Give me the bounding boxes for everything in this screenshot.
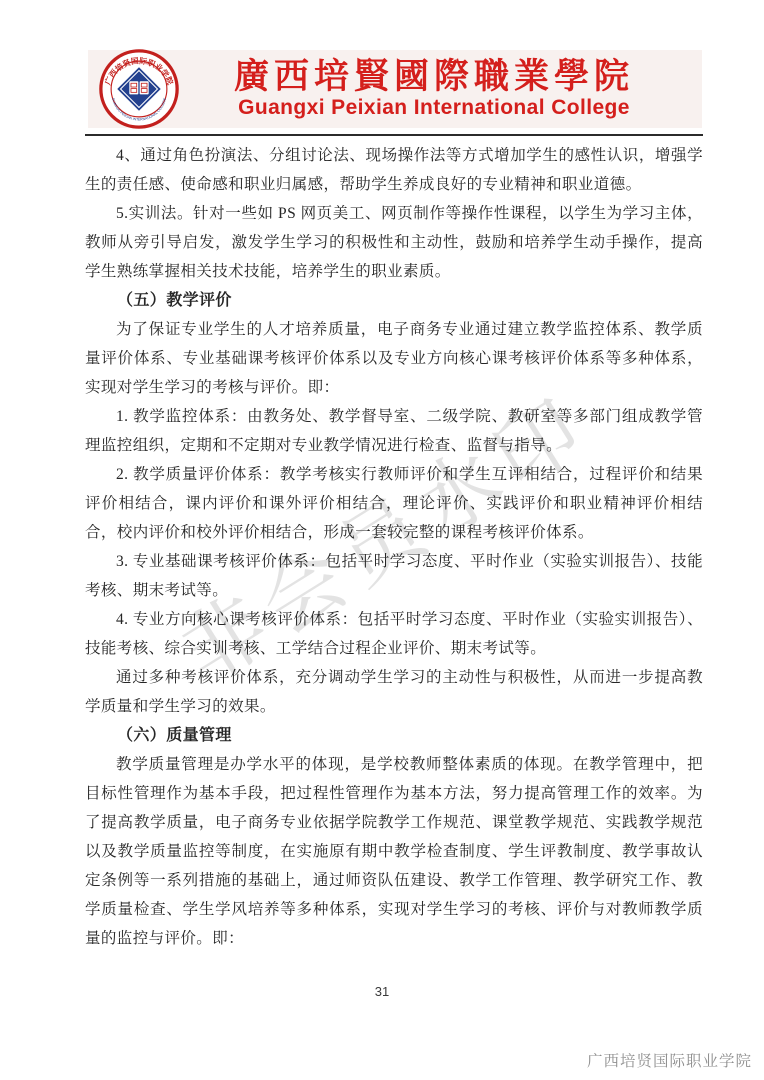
section-heading: （六）质量管理: [85, 721, 703, 750]
college-titles: 廣西培賢國際職業學院 Guangxi Peixian International…: [180, 59, 702, 120]
body-paragraph: 4、通过角色扮演法、分组讨论法、现场操作法等方式增加学生的感性认识，增强学生的责…: [85, 141, 703, 199]
body-paragraph: 4. 专业方向核心课考核评价体系：包括平时学习态度、平时作业（实验实训报告）、技…: [85, 605, 703, 663]
body-paragraph: 5.实训法。针对一些如 PS 网页美工、网页制作等操作性课程，以学生为学习主体，…: [85, 199, 703, 286]
document-page: 非会员水印 广西培贤国际职业学院 GUANGXI PEIXIAN INTERNA…: [0, 0, 764, 1080]
college-name-english: Guangxi Peixian International College: [180, 97, 688, 119]
footer-site-brand: 广西培贤国际职业学院: [587, 1049, 752, 1071]
body-paragraph: 为了保证专业学生的人才培养质量，电子商务专业通过建立教学监控体系、教学质量评价体…: [85, 315, 703, 402]
document-body: 4、通过角色扮演法、分组讨论法、现场操作法等方式增加学生的感性认识，增强学生的责…: [85, 141, 703, 953]
section-heading: （五）教学评价: [85, 286, 703, 315]
college-header: 广西培贤国际职业学院 GUANGXI PEIXIAN INTERNATIONAL…: [88, 50, 702, 128]
body-paragraph: 教学质量管理是办学水平的体现，是学校教师整体素质的体现。在教学管理中，把目标性管…: [85, 750, 703, 953]
page-number: 31: [0, 984, 764, 999]
college-seal-icon: 广西培贤国际职业学院 GUANGXI PEIXIAN INTERNATIONAL…: [98, 48, 180, 130]
body-paragraph: 2. 教学质量评价体系：教学考核实行教师评价和学生互评相结合，过程评价和结果评价…: [85, 460, 703, 547]
body-paragraph: 1. 教学监控体系：由教务处、教学督导室、二级学院、教研室等多部门组成教学管理监…: [85, 402, 703, 460]
body-paragraph: 通过多种考核评价体系，充分调动学生学习的主动性与积极性，从而进一步提高教学质量和…: [85, 663, 703, 721]
body-paragraph: 3. 专业基础课考核评价体系：包括平时学习态度、平时作业（实验实训报告）、技能考…: [85, 547, 703, 605]
header-divider: [85, 134, 703, 136]
college-name-chinese: 廣西培賢國際職業學院: [180, 59, 688, 96]
